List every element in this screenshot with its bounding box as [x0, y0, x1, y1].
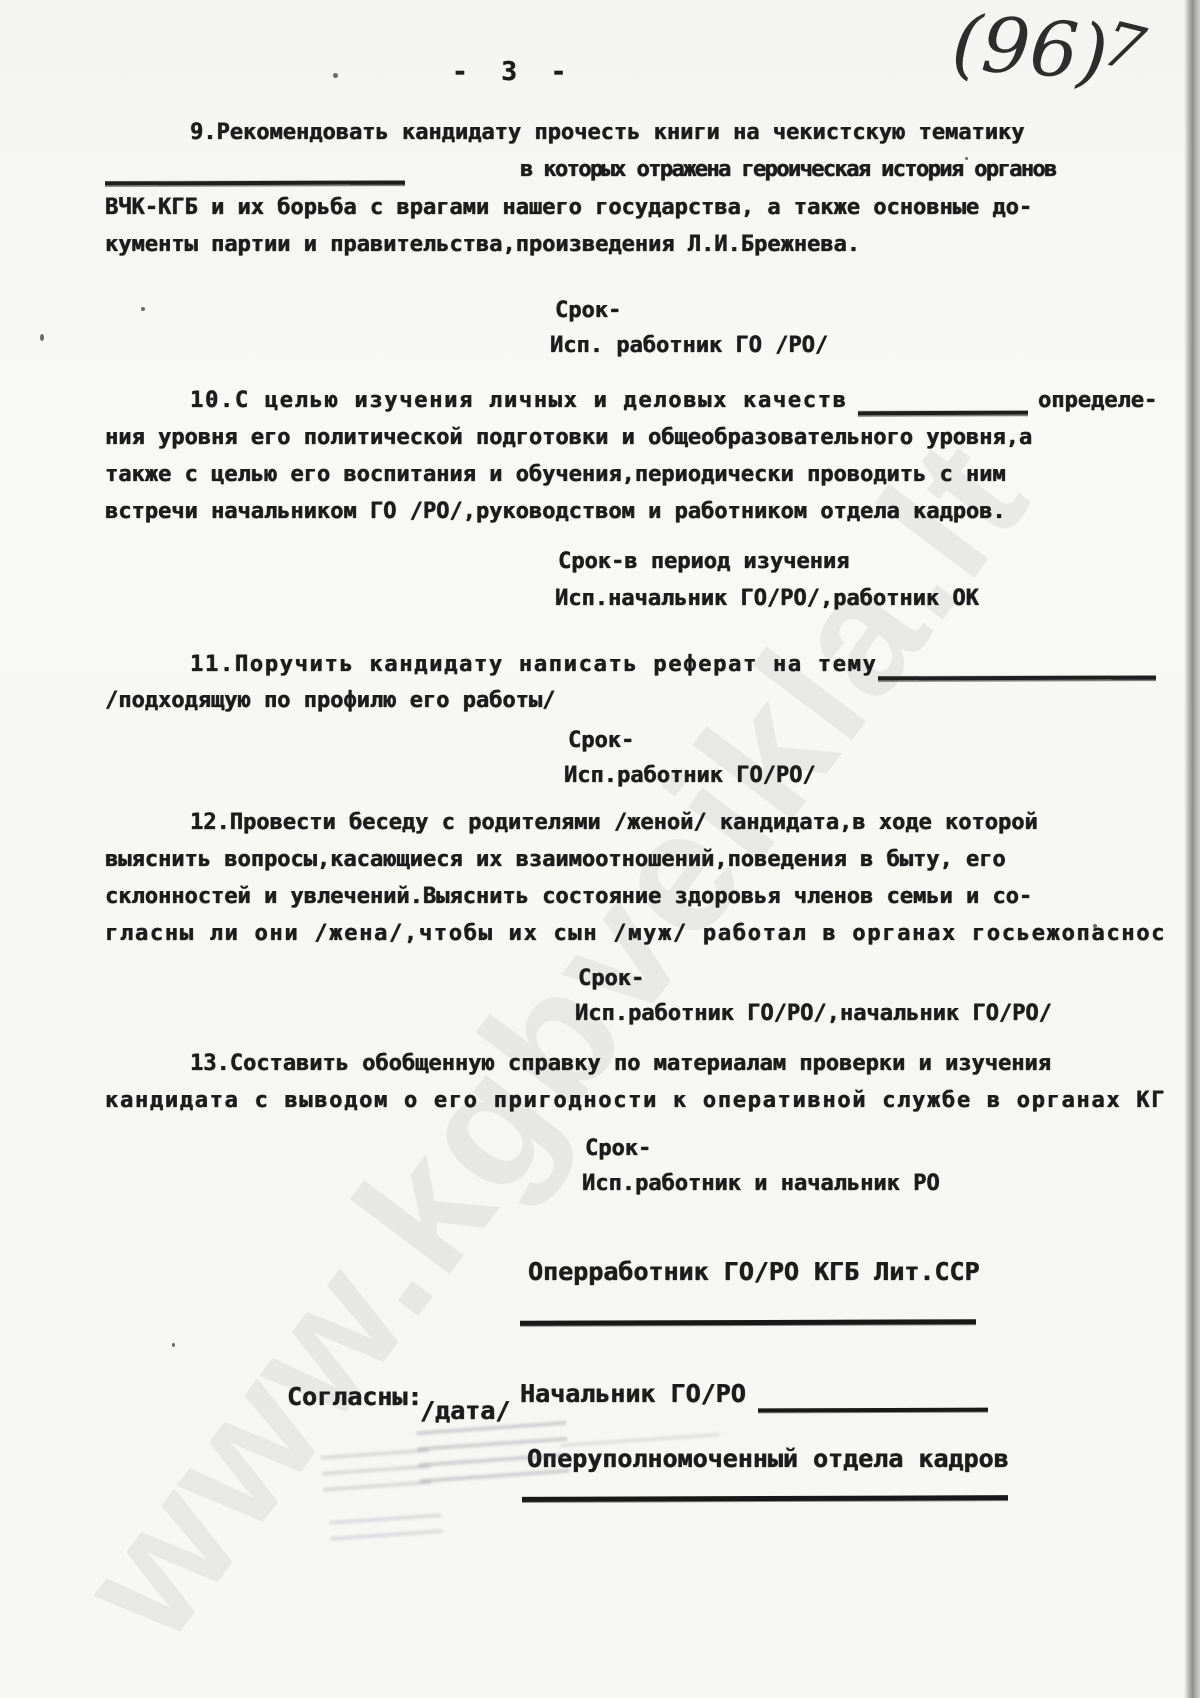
- scan-speck: [172, 1343, 175, 1347]
- scan-speck: [141, 307, 145, 311]
- signature-line-hr: [522, 1495, 1008, 1502]
- date-placeholder: /дата/: [420, 1397, 510, 1426]
- scan-speck: [333, 73, 338, 78]
- para13-line1: 13.Составить обобщенную справку по матер…: [190, 1051, 1051, 1076]
- para12-line1: 12.Провести беседу с родителями /женой/ …: [190, 810, 1038, 835]
- deadline-label-4: Срок-: [578, 966, 644, 991]
- para9-line4: кументы партии и правительства,произведе…: [105, 232, 860, 257]
- para10-line1: 10.С целью изучения личных и деловых кач…: [190, 388, 848, 413]
- executor-label-3: Исп.работник ГО/РО/: [564, 763, 816, 788]
- agreed-label: Согласны:: [287, 1383, 422, 1412]
- para9-line1: 9.Рекомендовать кандидату прочесть книги…: [190, 120, 1024, 145]
- deadline-label-3: Срок-: [568, 728, 634, 753]
- para11-line2: /подходящую по профилю его работы/: [105, 688, 555, 713]
- blank-underline-para11: [878, 676, 1156, 681]
- para10-line1-end: определе-: [1038, 388, 1157, 413]
- page-number: - 3 -: [452, 58, 575, 88]
- para11-line1: 11.Поручить кандидату написать реферат н…: [190, 652, 877, 677]
- blank-underline-para10: [858, 411, 1028, 415]
- para13-line2: кандидата с выводом о его пригодности к …: [105, 1088, 1166, 1113]
- executor-label-1: Исп. работник ГО /РО/: [550, 333, 828, 358]
- executor-label-2: Исп.начальник ГО/РО/,работник ОК: [555, 586, 979, 611]
- deadline-label-2: Срок-в период изучения: [558, 549, 849, 574]
- handwritten-archive-mark: (96): [950, 5, 1111, 92]
- deadline-label-5: Срок-: [585, 1136, 651, 1161]
- para10-line4: встречи начальником ГО /РО/,руководством…: [105, 499, 1006, 524]
- executor-label-5: Исп.работник и начальник РО: [582, 1171, 940, 1196]
- signature-line-head: [758, 1408, 988, 1413]
- para9-line3: ВЧК-КГБ и их борьба с врагами нашего гос…: [105, 195, 1032, 220]
- para10-line2: ния уровня его политической подготовки и…: [105, 425, 1032, 450]
- signature-hr-title: Оперуполномоченный отдела кадров: [527, 1445, 1009, 1474]
- stamp-smudge: [329, 1511, 443, 1545]
- para12-line4: гласны ли они /жена/,чтобы их сын /муж/ …: [105, 921, 1166, 946]
- para12-line3: склонностей и увлечений.Выяснить состоян…: [105, 884, 1032, 909]
- para9-line2: в которых отражена героическая история о…: [520, 157, 1056, 182]
- scan-speck: [965, 157, 968, 160]
- scan-speck: [1093, 924, 1097, 928]
- scanned-document-page: www.kgbveikla.lt - 3 - (96) 7 9.Рекоменд…: [0, 0, 1200, 1698]
- scan-edge-strip: [1184, 0, 1200, 1698]
- signature-line-operative: [520, 1319, 976, 1326]
- blank-underline-para9: [105, 181, 405, 186]
- scan-speck: [40, 334, 44, 341]
- deadline-label-1: Срок-: [555, 298, 621, 323]
- para10-line3: также с целью его воспитания и обучения,…: [105, 462, 1006, 487]
- executor-label-4: Исп.работник ГО/РО/,начальник ГО/РО/: [575, 1001, 1052, 1026]
- stamp-smudge: [321, 1444, 432, 1495]
- para12-line2: выяснить вопросы,касающиеся их взаимоотн…: [105, 847, 1006, 872]
- signature-operative-title: Оперработник ГО/РО КГБ Лит.ССР: [528, 1258, 980, 1287]
- stamp-smudge: [416, 1419, 570, 1487]
- signature-head-title: Начальник ГО/РО: [520, 1380, 746, 1409]
